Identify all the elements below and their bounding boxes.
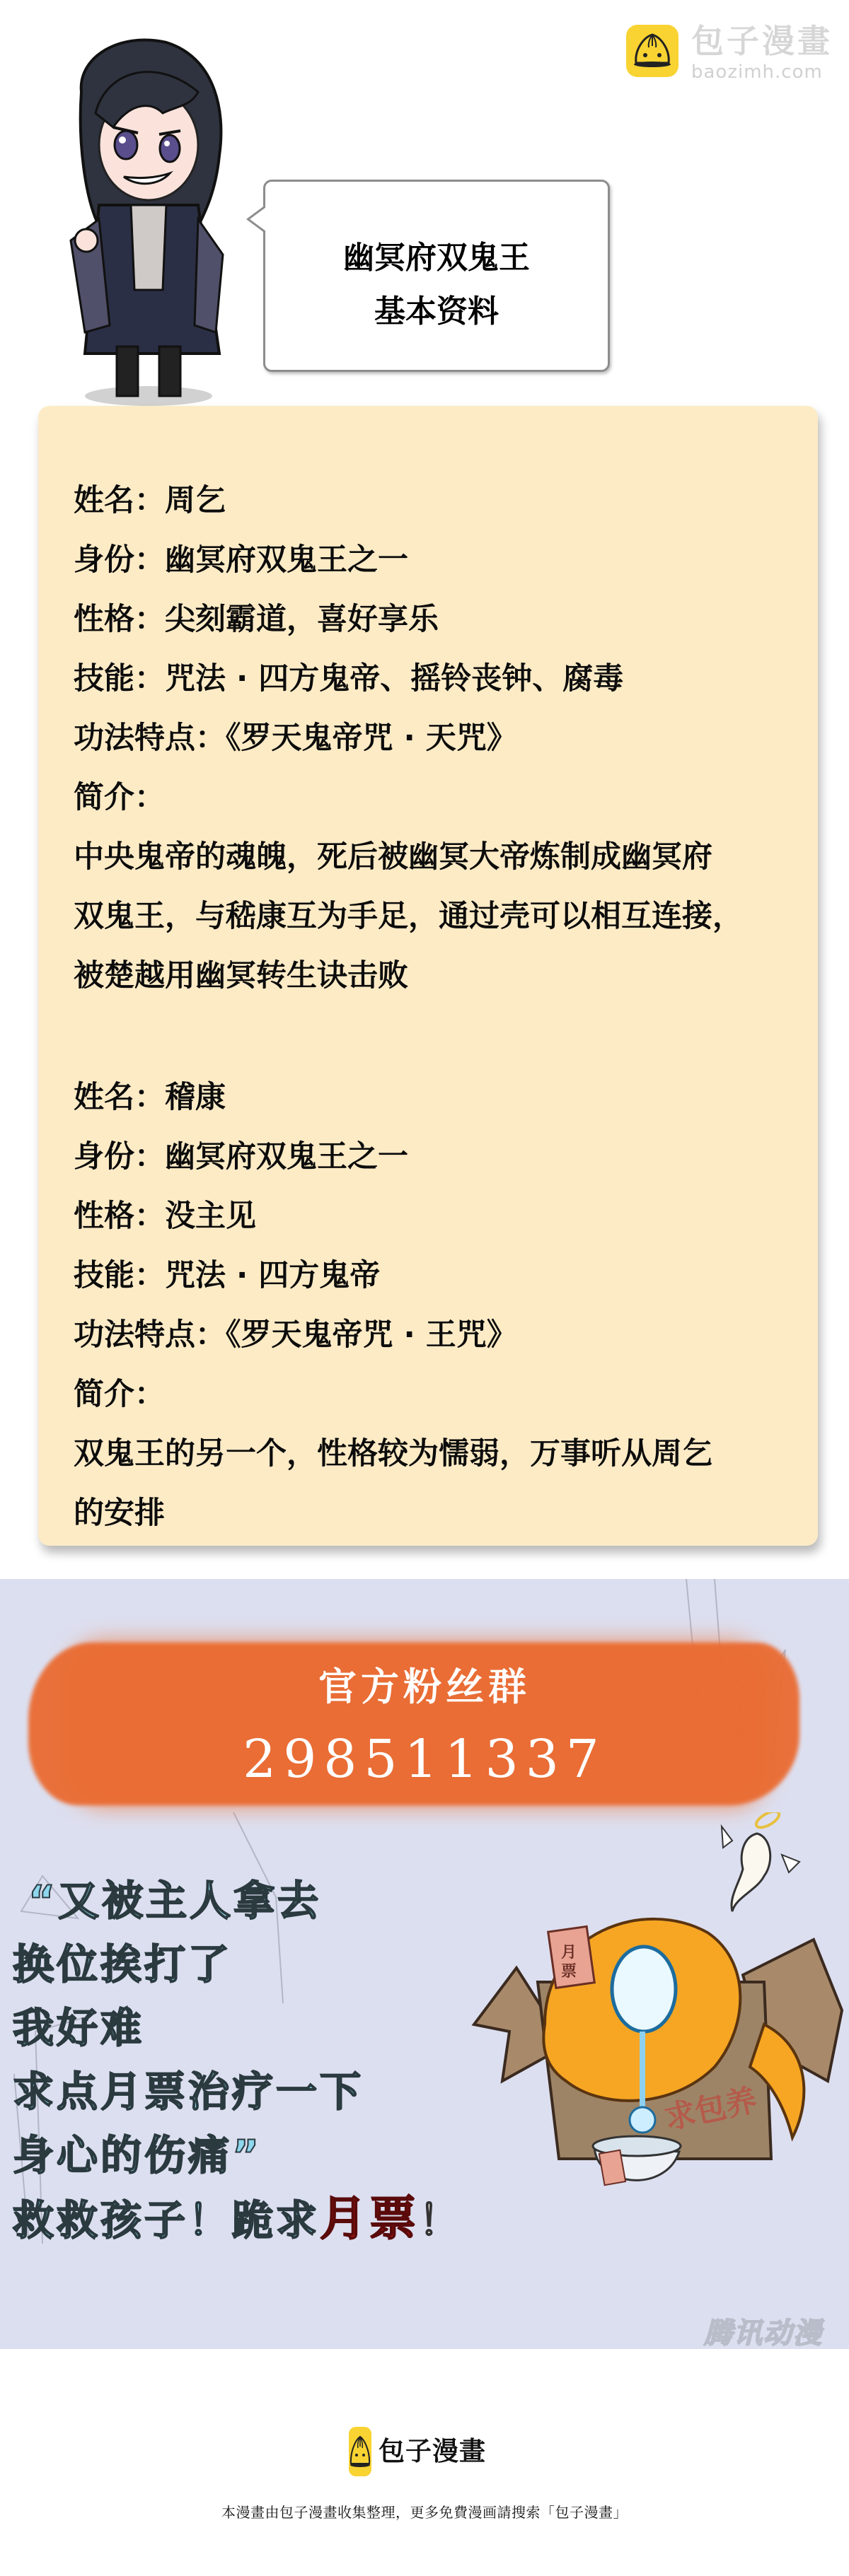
profile-2-name: 姓名：稽康 (74, 1079, 226, 1116)
watermark-url: baozimh.com (691, 62, 823, 82)
svg-text:票: 票 (561, 1962, 577, 1981)
profile-2-intro-line: 的安排 (74, 1495, 165, 1532)
profile-1-intro-label: 简介： (74, 779, 165, 816)
baozi-watermark: 包子漫畫 baozimh.com (626, 21, 838, 81)
footer-source-note: 本漫畫由包子漫畫收集整理，更多免費漫画請搜索「包子漫畫」 (0, 2502, 849, 2523)
plea-closing: 救救孩子！跪求月票！ (13, 2194, 463, 2245)
bubble-title-line1: 幽冥府双鬼王 (265, 231, 608, 285)
steamed-bun-icon (626, 25, 678, 77)
profile-1-personality: 性格：尖刻霸道，喜好享乐 (74, 601, 439, 638)
profile-2-identity: 身份：幽冥府双鬼王之一 (74, 1138, 408, 1175)
bubble-title: 幽冥府双鬼王 基本资料 (265, 231, 608, 339)
profile-2-technique: 功法特点：《罗天鬼帝咒 · 王咒》 (74, 1317, 517, 1353)
fan-group-promo: 官方粉丝群 298511337 “又被主人拿去 换位挨打了 我好难 求点月票治疗… (0, 1579, 849, 2349)
watermark-brand: 包子漫畫 (691, 21, 833, 61)
profile-1-intro-line: 被楚越用幽冥转生诀击败 (74, 957, 408, 994)
fan-group-number: 298511337 (0, 1727, 849, 1791)
plea-line: 身心的伤痛” (13, 2131, 262, 2180)
footer-brand-logo: 包子漫畫 (349, 2427, 519, 2478)
profile-1-intro-line: 双鬼王，与嵇康互为手足，通过壳可以相互连接， (74, 898, 743, 935)
title-speech-bubble: 幽冥府双鬼王 基本资料 (263, 180, 610, 372)
profile-1-identity: 身份：幽冥府双鬼王之一 (74, 542, 408, 578)
fan-group-title: 官方粉丝群 (0, 1662, 849, 1712)
plea-closing-suffix: ！ (419, 2196, 463, 2244)
plea-line: 换位挨打了 (13, 1940, 232, 1989)
plea-line: “又被主人拿去 (28, 1876, 321, 1925)
plea-closing-prefix: 救救孩子！跪求 (13, 2196, 320, 2244)
mascot-tag-text: 月 (561, 1944, 577, 1962)
profile-1-name: 姓名：周乞 (74, 482, 226, 519)
tencent-comics-logo: 腾讯动漫 (704, 2318, 823, 2349)
plea-line: 求点月票治疗一下 (13, 2067, 364, 2116)
profile-2-intro-line: 双鬼王的另一个，性格较为懦弱，万事听从周乞 (74, 1435, 712, 1472)
footer-brand-name: 包子漫畫 (379, 2435, 486, 2468)
crying-dragon-mascot-icon: 月 票 求包养 (460, 1812, 849, 2208)
profile-2-intro-label: 简介： (74, 1376, 165, 1413)
bubble-tail-fill (250, 207, 266, 231)
plea-line: 我好难 (13, 2003, 144, 2053)
character-info-card: 姓名：周乞 身份：幽冥府双鬼王之一 性格：尖刻霸道，喜好享乐 技能：咒法 · 四… (38, 406, 818, 1546)
profile-1-technique: 功法特点：《罗天鬼帝咒 · 天咒》 (74, 720, 517, 757)
steamed-bun-icon (349, 2427, 371, 2476)
profile-1-intro-line: 中央鬼帝的魂魄，死后被幽冥大帝炼制成幽冥府 (74, 839, 712, 875)
monthly-ticket-highlight: 月票 (320, 2191, 419, 2246)
profile-2-personality: 性格：没主见 (74, 1198, 256, 1235)
bubble-title-line2: 基本资料 (265, 285, 608, 339)
profile-2-skills: 技能：咒法 · 四方鬼帝 (74, 1257, 380, 1294)
character-illustration (42, 28, 255, 410)
profile-1-skills: 技能：咒法 · 四方鬼帝、摇铃丧钟、腐毒 (74, 660, 623, 697)
